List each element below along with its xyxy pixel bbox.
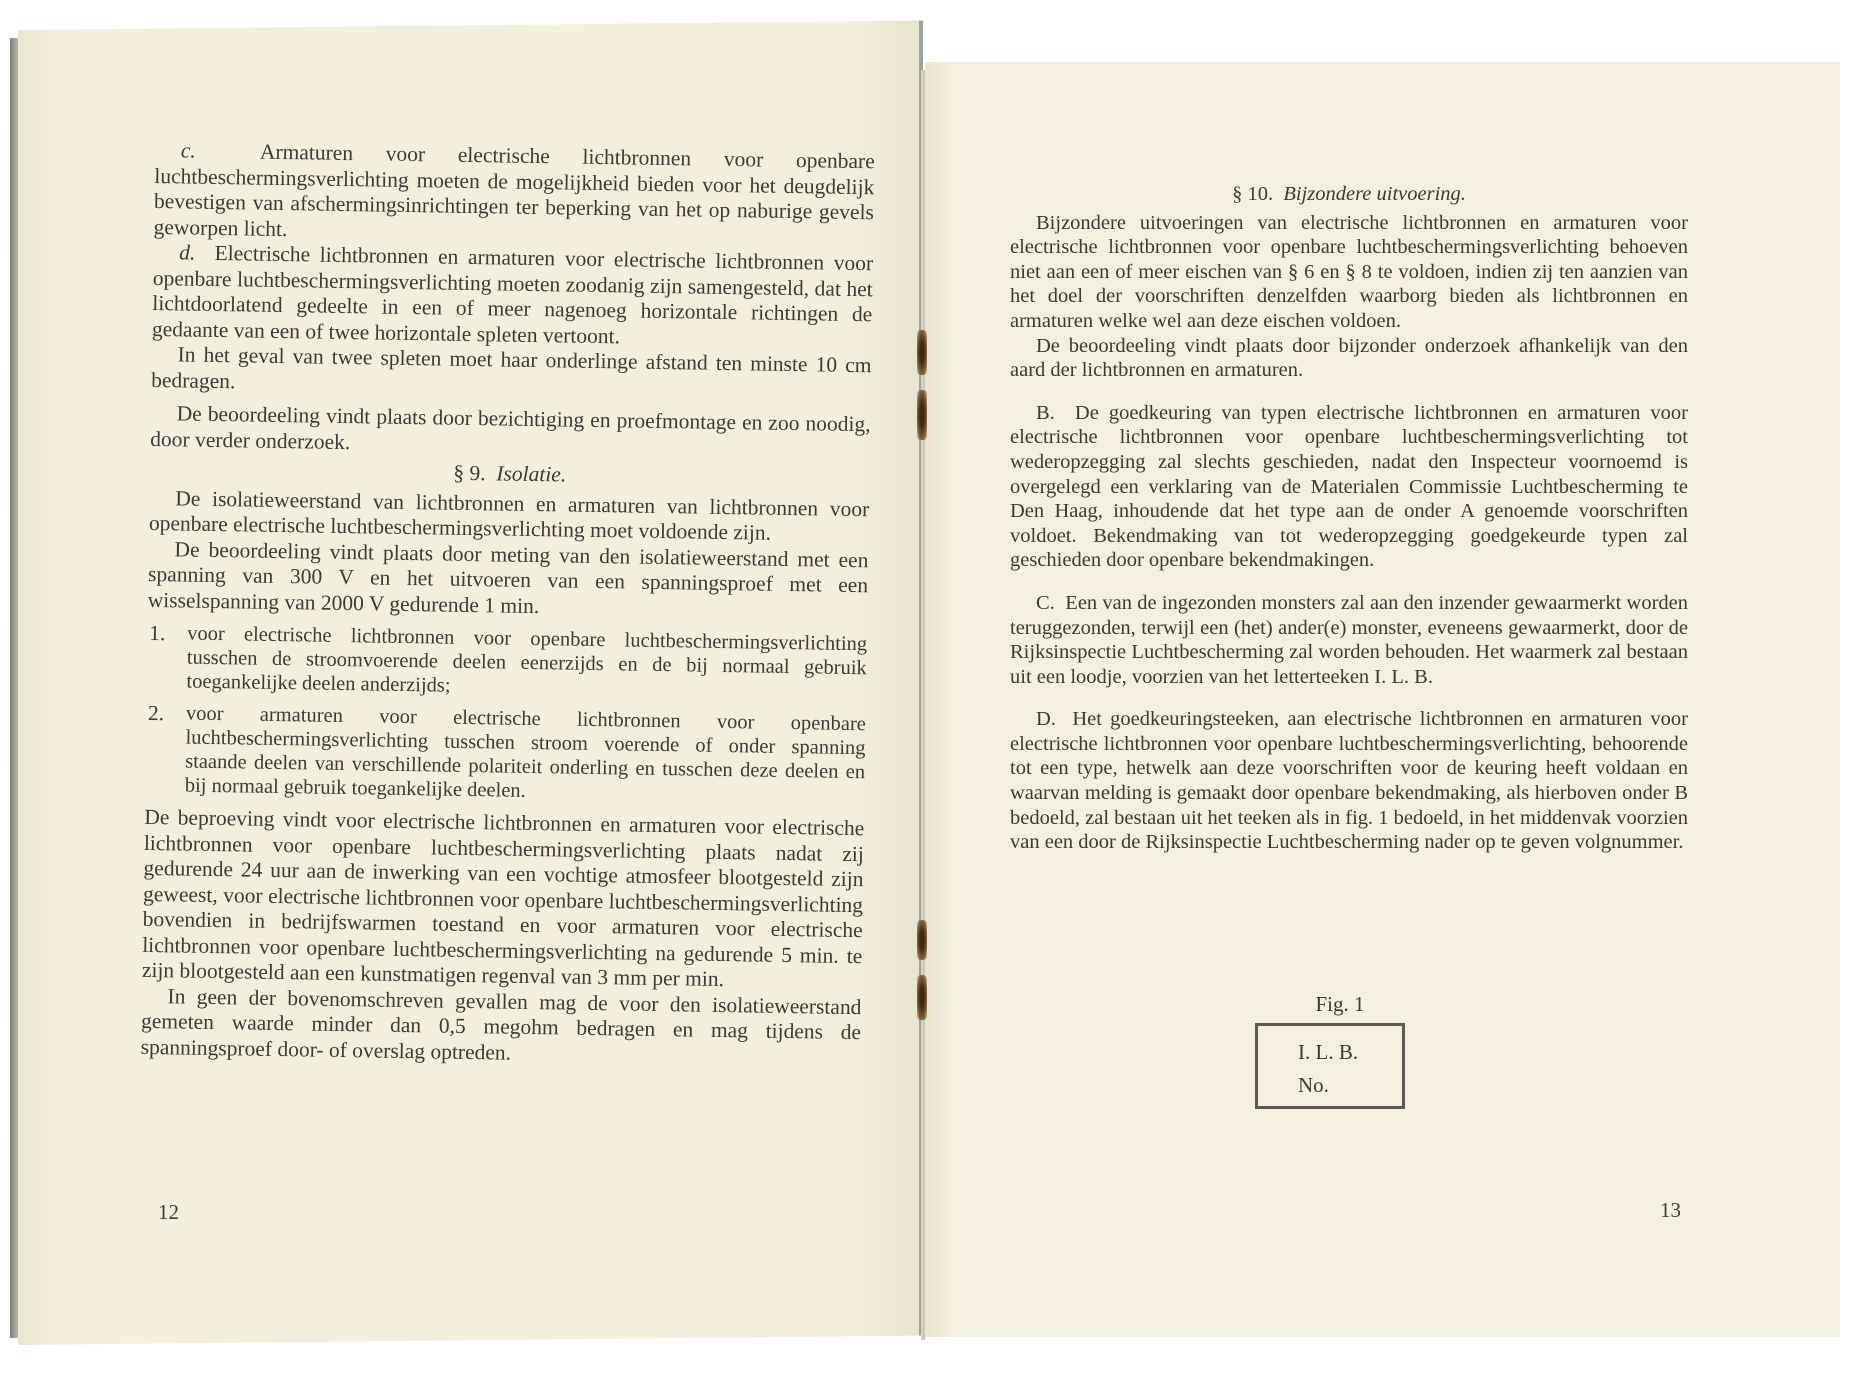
section-10-heading: § 10. Bijzondere uitvoering. (1010, 182, 1688, 207)
section-number: § 10. (1232, 183, 1273, 205)
list-text: voor armaturen voor electrische lichtbro… (185, 702, 866, 809)
ilb-mark-box: I. L. B. No. (1255, 1023, 1405, 1109)
staple-bottom-icon (917, 920, 927, 960)
clause-c: C. Een van de ingezonden monsters zal aa… (1010, 591, 1688, 689)
clause-label: B. (1036, 402, 1055, 424)
paragraph-bijzondere: Bijzondere uitvoeringen van electrische … (1010, 211, 1688, 334)
paragraph-text: Electrische lichtbronnen en armaturen vo… (152, 241, 874, 348)
paragraph-text: Armaturen voor electrische lichtbronnen … (153, 140, 874, 241)
paragraph-beproeving: De beproeving vindt voor electrische lic… (142, 805, 865, 995)
paragraph-d: d. Electrische lichtbronnen en armaturen… (152, 240, 874, 353)
item-label: d. (179, 240, 195, 264)
list-marker: 2. (145, 701, 187, 798)
section-title: Isolatie. (496, 461, 566, 486)
paragraph-megohm: In geen der bovenomschreven gevallen mag… (141, 983, 862, 1071)
clause-text: De goedkeuring van typen electrische lic… (1010, 402, 1688, 572)
clause-text: Het goedkeuringsteeken, aan electrische … (1010, 708, 1688, 853)
page-number-right: 13 (1660, 1198, 1681, 1223)
clause-d: D. Het goedkeuringsteeken, aan electrisc… (1010, 707, 1688, 855)
section-title: Bijzondere uitvoering. (1283, 183, 1466, 205)
staple-bottom-icon (917, 975, 927, 1020)
section-number: § 9. (453, 461, 486, 486)
list-text: voor electrische lichtbronnen voor openb… (186, 622, 867, 705)
clause-text: Een van de ingezonden monsters zal aan d… (1010, 592, 1688, 688)
clause-label: D. (1036, 708, 1056, 730)
list-marker: 1. (146, 621, 187, 694)
staple-top-icon (917, 330, 927, 375)
staple-top-icon (917, 390, 927, 440)
paragraph-spleten: In het geval van twee spleten moet haar … (151, 342, 872, 404)
item-label: c. (181, 138, 196, 162)
paragraph-beoordeeling-bijzonder: De beoordeeling vindt plaats door bijzon… (1010, 334, 1688, 383)
ilb-mark-line-2: No. (1298, 1069, 1402, 1102)
left-page-text: c. Armaturen voor electrische lichtbronn… (141, 138, 875, 1071)
list-item: 1. voor electrische lichtbronnen voor op… (146, 621, 867, 704)
clause-label: C. (1036, 592, 1055, 614)
right-page-text: § 10. Bijzondere uitvoering. Bijzondere … (1010, 178, 1688, 855)
paragraph-meting: De beoordeeling vindt plaats door meting… (148, 536, 869, 624)
test-list: 1. voor electrische lichtbronnen voor op… (145, 621, 868, 808)
ilb-mark-line-1: I. L. B. (1298, 1036, 1402, 1069)
figure-caption: Fig. 1 (1265, 992, 1415, 1017)
clause-b: B. De goedkeuring van typen electrische … (1010, 401, 1688, 573)
list-item: 2. voor armaturen voor electrische licht… (145, 701, 866, 808)
figure-1: Fig. 1 I. L. B. No. (1255, 992, 1415, 1109)
page-number-left: 12 (158, 1200, 179, 1225)
paragraph-c: c. Armaturen voor electrische lichtbronn… (153, 138, 875, 251)
paragraph-beoordeeling: De beoordeeling vindt plaats door bezich… (150, 401, 871, 463)
book-spine (921, 70, 925, 1340)
